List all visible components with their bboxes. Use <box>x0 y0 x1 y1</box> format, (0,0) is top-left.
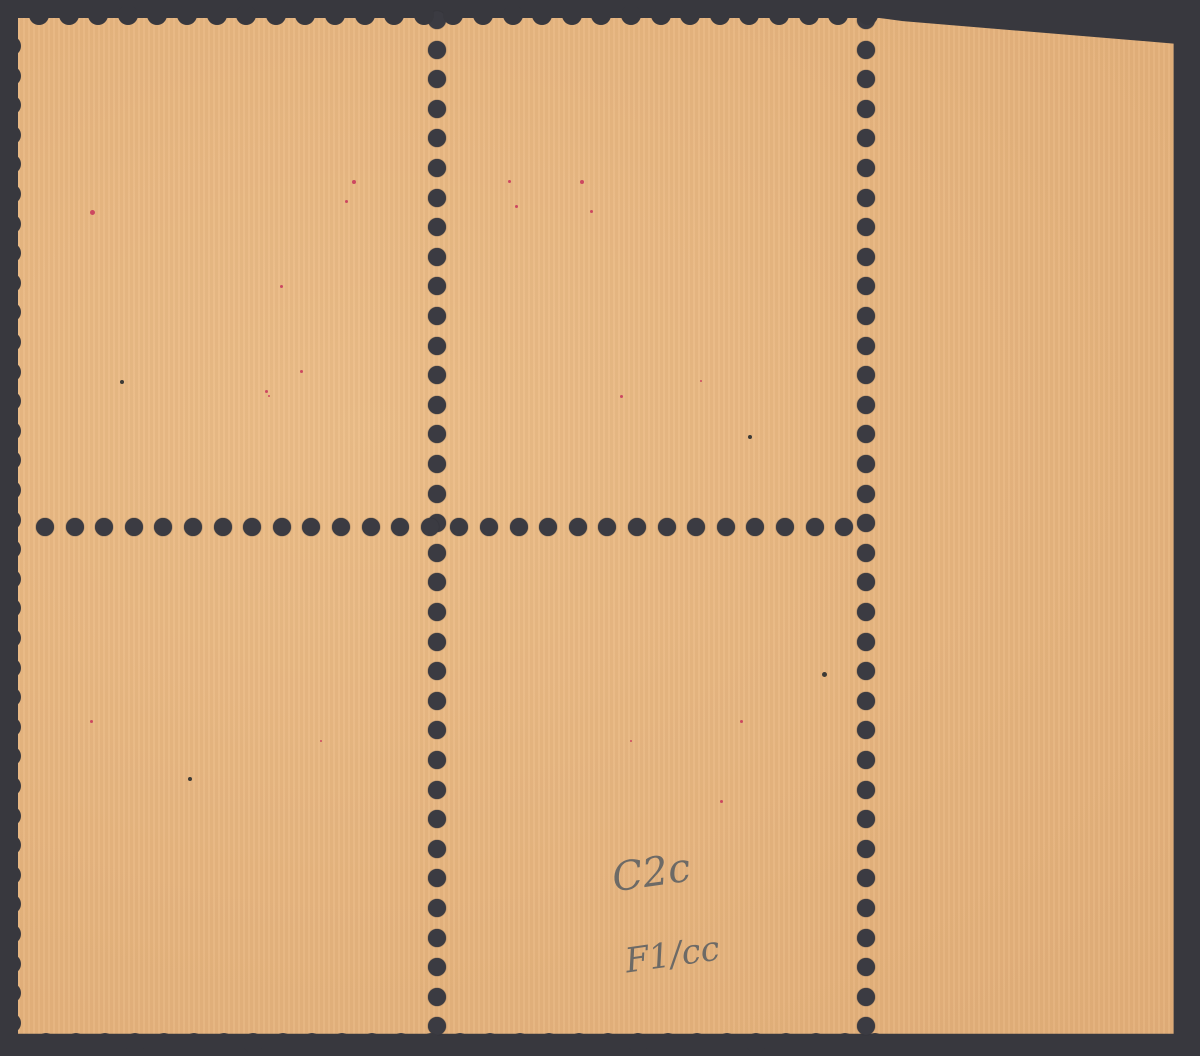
perforation-hole <box>428 692 446 710</box>
ink-speck <box>265 390 268 393</box>
perforation-hole <box>510 518 528 536</box>
ink-speck <box>320 740 322 742</box>
perforation-hole <box>799 5 819 25</box>
perforation-hole <box>1 658 21 678</box>
perforation-hole <box>598 1033 618 1053</box>
perforation-hole <box>428 189 446 207</box>
perforation-hole <box>118 5 138 25</box>
perforation-hole <box>857 41 875 59</box>
perforation-hole <box>628 1033 648 1053</box>
perforation-hole <box>362 518 380 536</box>
ink-speck <box>90 720 93 723</box>
perforation-hole <box>658 1033 678 1053</box>
perforation-hole <box>177 5 197 25</box>
dirt-speck <box>188 777 192 781</box>
perforation-hole <box>865 1033 885 1053</box>
perforation-hole <box>428 781 446 799</box>
perforation-hole <box>473 5 493 25</box>
perforation-hole <box>428 840 446 858</box>
perforation-hole <box>1 924 21 944</box>
ink-speck <box>740 720 743 723</box>
perforation-hole <box>428 544 446 562</box>
perforation-hole <box>302 1033 322 1053</box>
perforation-hole <box>857 899 875 917</box>
perforation-hole <box>857 100 875 118</box>
perforation-hole <box>857 455 875 473</box>
perforation-hole <box>857 307 875 325</box>
perforation-hole <box>266 5 286 25</box>
perforation-hole <box>391 1033 411 1053</box>
perforation-hole <box>806 518 824 536</box>
perforation-hole <box>243 1033 263 1053</box>
perforation-hole <box>428 603 446 621</box>
perforation-hole <box>857 337 875 355</box>
perforation-hole <box>539 1033 559 1053</box>
perforation-hole <box>1 776 21 796</box>
perforation-hole <box>154 1033 174 1053</box>
perforation-hole <box>858 5 878 25</box>
perforation-hole <box>428 159 446 177</box>
perforation-hole <box>59 5 79 25</box>
perforation-hole <box>857 544 875 562</box>
perforation-hole <box>857 189 875 207</box>
perforation-hole <box>1 1013 21 1033</box>
perforation-hole <box>414 5 434 25</box>
perforation-hole <box>569 1033 589 1053</box>
perforation-hole <box>450 1033 470 1053</box>
perforation-hole <box>1 125 21 145</box>
perforation-hole <box>332 1033 352 1053</box>
perforation-hole <box>273 518 291 536</box>
ink-speck <box>268 395 270 397</box>
perforation-hole <box>857 929 875 947</box>
perforation-hole <box>569 518 587 536</box>
perforation-hole <box>857 248 875 266</box>
dirt-speck <box>822 672 827 677</box>
perforation-hole <box>428 485 446 503</box>
perforation-hole <box>273 1033 293 1053</box>
perforation-hole <box>421 1033 441 1053</box>
perforation-hole <box>687 1033 707 1053</box>
perforation-hole <box>710 5 730 25</box>
perforation-hole <box>1 806 21 826</box>
perforation-hole <box>651 5 671 25</box>
ink-speck <box>590 210 593 213</box>
perforation-hole <box>214 1033 234 1053</box>
perforation-hole <box>125 1033 145 1053</box>
perforation-hole <box>857 692 875 710</box>
perforation-hole <box>835 1033 855 1053</box>
perforation-hole <box>658 518 676 536</box>
dirt-speck <box>120 380 124 384</box>
perforation-hole <box>428 100 446 118</box>
ink-speck <box>90 210 95 215</box>
ink-speck <box>720 800 723 803</box>
perforation-hole <box>857 485 875 503</box>
ink-speck <box>580 180 584 184</box>
ink-speck <box>630 740 632 742</box>
perforation-hole <box>1 569 21 589</box>
perforation-hole <box>325 5 345 25</box>
perforation-hole <box>628 518 646 536</box>
perforation-hole <box>503 5 523 25</box>
perforation-hole <box>562 5 582 25</box>
perforation-hole <box>717 518 735 536</box>
ink-speck <box>700 380 702 382</box>
ink-speck <box>508 180 511 183</box>
perforation-hole <box>1 362 21 382</box>
perforation-hole <box>1 273 21 293</box>
perforation-hole <box>428 899 446 917</box>
perforation-hole <box>857 840 875 858</box>
perforation-hole <box>621 5 641 25</box>
perforation-hole <box>857 988 875 1006</box>
perforation-hole <box>857 633 875 651</box>
perforation-hole <box>857 781 875 799</box>
ink-speck <box>300 370 303 373</box>
perforation-hole <box>29 5 49 25</box>
perforation-hole <box>355 5 375 25</box>
perforation-hole <box>717 1033 737 1053</box>
perforation-hole <box>1 865 21 885</box>
perforation-hole <box>1 36 21 56</box>
ink-speck <box>352 180 356 184</box>
perforation-hole <box>36 1033 56 1053</box>
perforation-hole <box>428 929 446 947</box>
perforation-hole <box>769 5 789 25</box>
perforation-hole <box>776 1033 796 1053</box>
perforation-hole <box>421 518 439 536</box>
ink-speck <box>280 285 283 288</box>
perforation-hole <box>1 480 21 500</box>
perforation-hole <box>362 1033 382 1053</box>
perforation-hole <box>1 332 21 352</box>
perforation-hole <box>1 184 21 204</box>
perforation-hole <box>806 1033 826 1053</box>
perforation-hole <box>332 518 350 536</box>
perforation-hole <box>184 1033 204 1053</box>
perforation-hole <box>857 751 875 769</box>
perforation-hole <box>428 248 446 266</box>
perforation-hole <box>36 518 54 536</box>
perforation-hole <box>184 518 202 536</box>
perforation-hole <box>428 396 446 414</box>
perforation-hole <box>1 66 21 86</box>
ink-speck <box>515 205 518 208</box>
perforation-hole <box>746 1033 766 1053</box>
perforation-hole <box>428 307 446 325</box>
perforation-hole <box>1 954 21 974</box>
perforation-hole <box>480 1033 500 1053</box>
perforation-hole <box>66 518 84 536</box>
perforation-hole <box>428 41 446 59</box>
perforation-hole <box>428 455 446 473</box>
perforation-hole <box>66 1033 86 1053</box>
perforation-hole <box>857 159 875 177</box>
perforation-hole <box>428 988 446 1006</box>
perforation-hole <box>776 518 794 536</box>
perforation-hole <box>857 603 875 621</box>
perforation-hole <box>428 337 446 355</box>
perforation-hole <box>1 717 21 737</box>
ink-speck <box>345 200 348 203</box>
perforation-hole <box>480 518 498 536</box>
perforation-hole <box>1 628 21 648</box>
ink-speck <box>620 395 623 398</box>
perforation-hole <box>125 518 143 536</box>
perforation-hole <box>95 1033 115 1053</box>
perforation-hole <box>857 396 875 414</box>
perforation-hole <box>1 214 21 234</box>
perforation-hole <box>428 633 446 651</box>
dirt-speck <box>748 435 752 439</box>
perforation-hole <box>428 751 446 769</box>
perforation-hole <box>1 510 21 530</box>
perforation-hole <box>510 1033 530 1053</box>
perforation-hole <box>214 518 232 536</box>
perforation-hole <box>207 5 227 25</box>
perforation-hole <box>1 421 21 441</box>
